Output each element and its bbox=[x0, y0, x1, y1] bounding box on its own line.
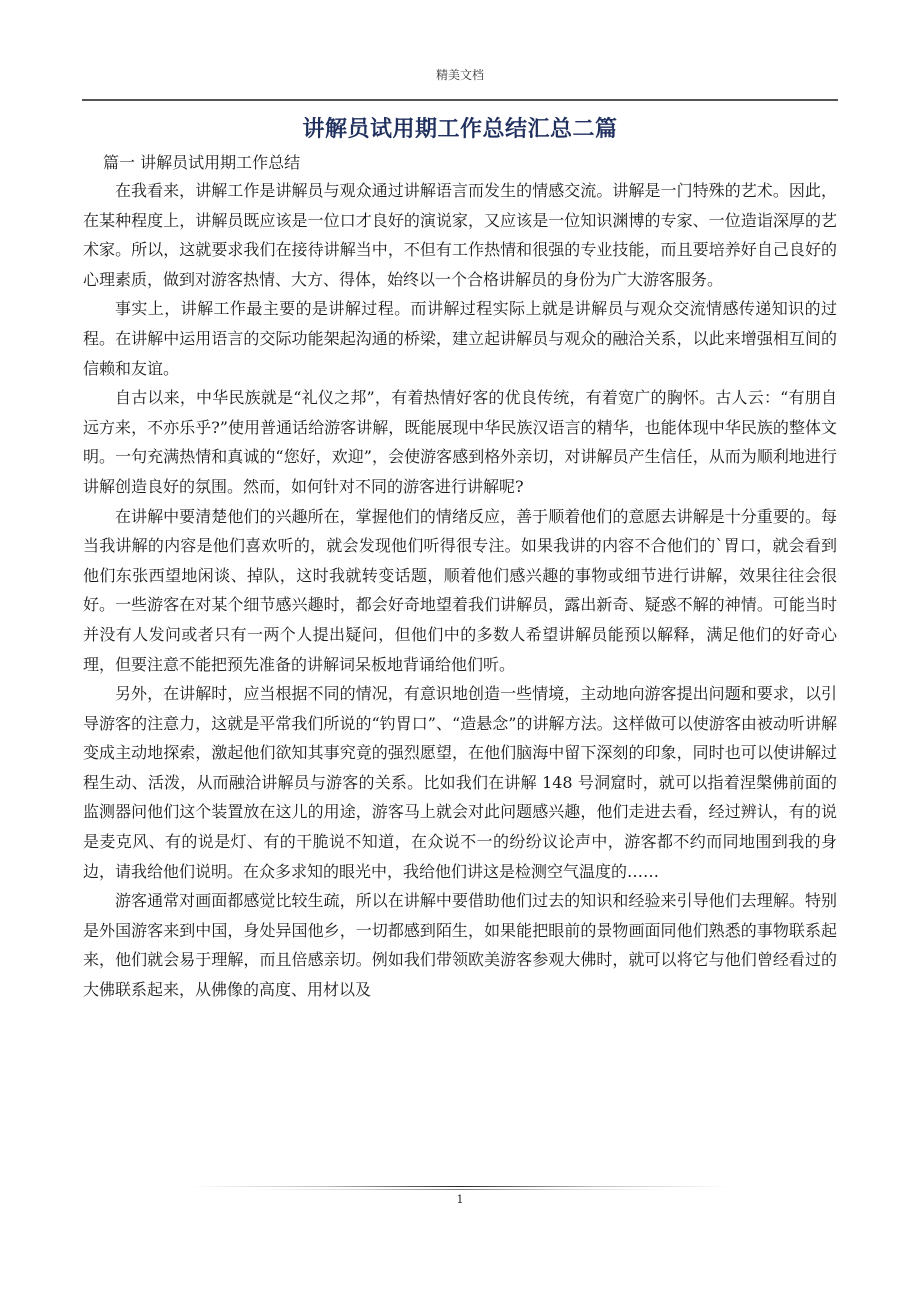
document-title: 讲解员试用期工作总结汇总二篇 bbox=[0, 112, 920, 143]
section-heading: 篇一 讲解员试用期工作总结 bbox=[103, 150, 300, 173]
page-number: 1 bbox=[0, 1193, 920, 1206]
paragraph: 在讲解中要清楚他们的兴趣所在，掌握他们的情绪反应，善于顺着他们的意愿去讲解是十分… bbox=[83, 502, 837, 680]
paragraph: 自古以来，中华民族就是“礼仪之邦”，有着热情好客的优良传统，有着宽广的胸怀。古人… bbox=[83, 383, 837, 501]
paragraph: 游客通常对画面都感觉比较生疏，所以在讲解中要借助他们过去的知识和经验来引导他们去… bbox=[83, 886, 837, 1004]
paragraph: 在我看来，讲解工作是讲解员与观众通过讲解语言而发生的情感交流。讲解是一门特殊的艺… bbox=[83, 176, 837, 294]
paragraph: 另外，在讲解时，应当根据不同的情况，有意识地创造一些情境，主动地向游客提出问题和… bbox=[83, 679, 837, 886]
document-body: 在我看来，讲解工作是讲解员与观众通过讲解语言而发生的情感交流。讲解是一门特殊的艺… bbox=[83, 176, 837, 1005]
header-divider bbox=[82, 99, 838, 101]
footer-divider bbox=[190, 1186, 730, 1187]
page-header-label: 精美文档 bbox=[0, 66, 920, 83]
footer-divider-inner bbox=[250, 1189, 670, 1190]
paragraph: 事实上，讲解工作最主要的是讲解过程。而讲解过程实际上就是讲解员与观众交流情感传递… bbox=[83, 294, 837, 383]
